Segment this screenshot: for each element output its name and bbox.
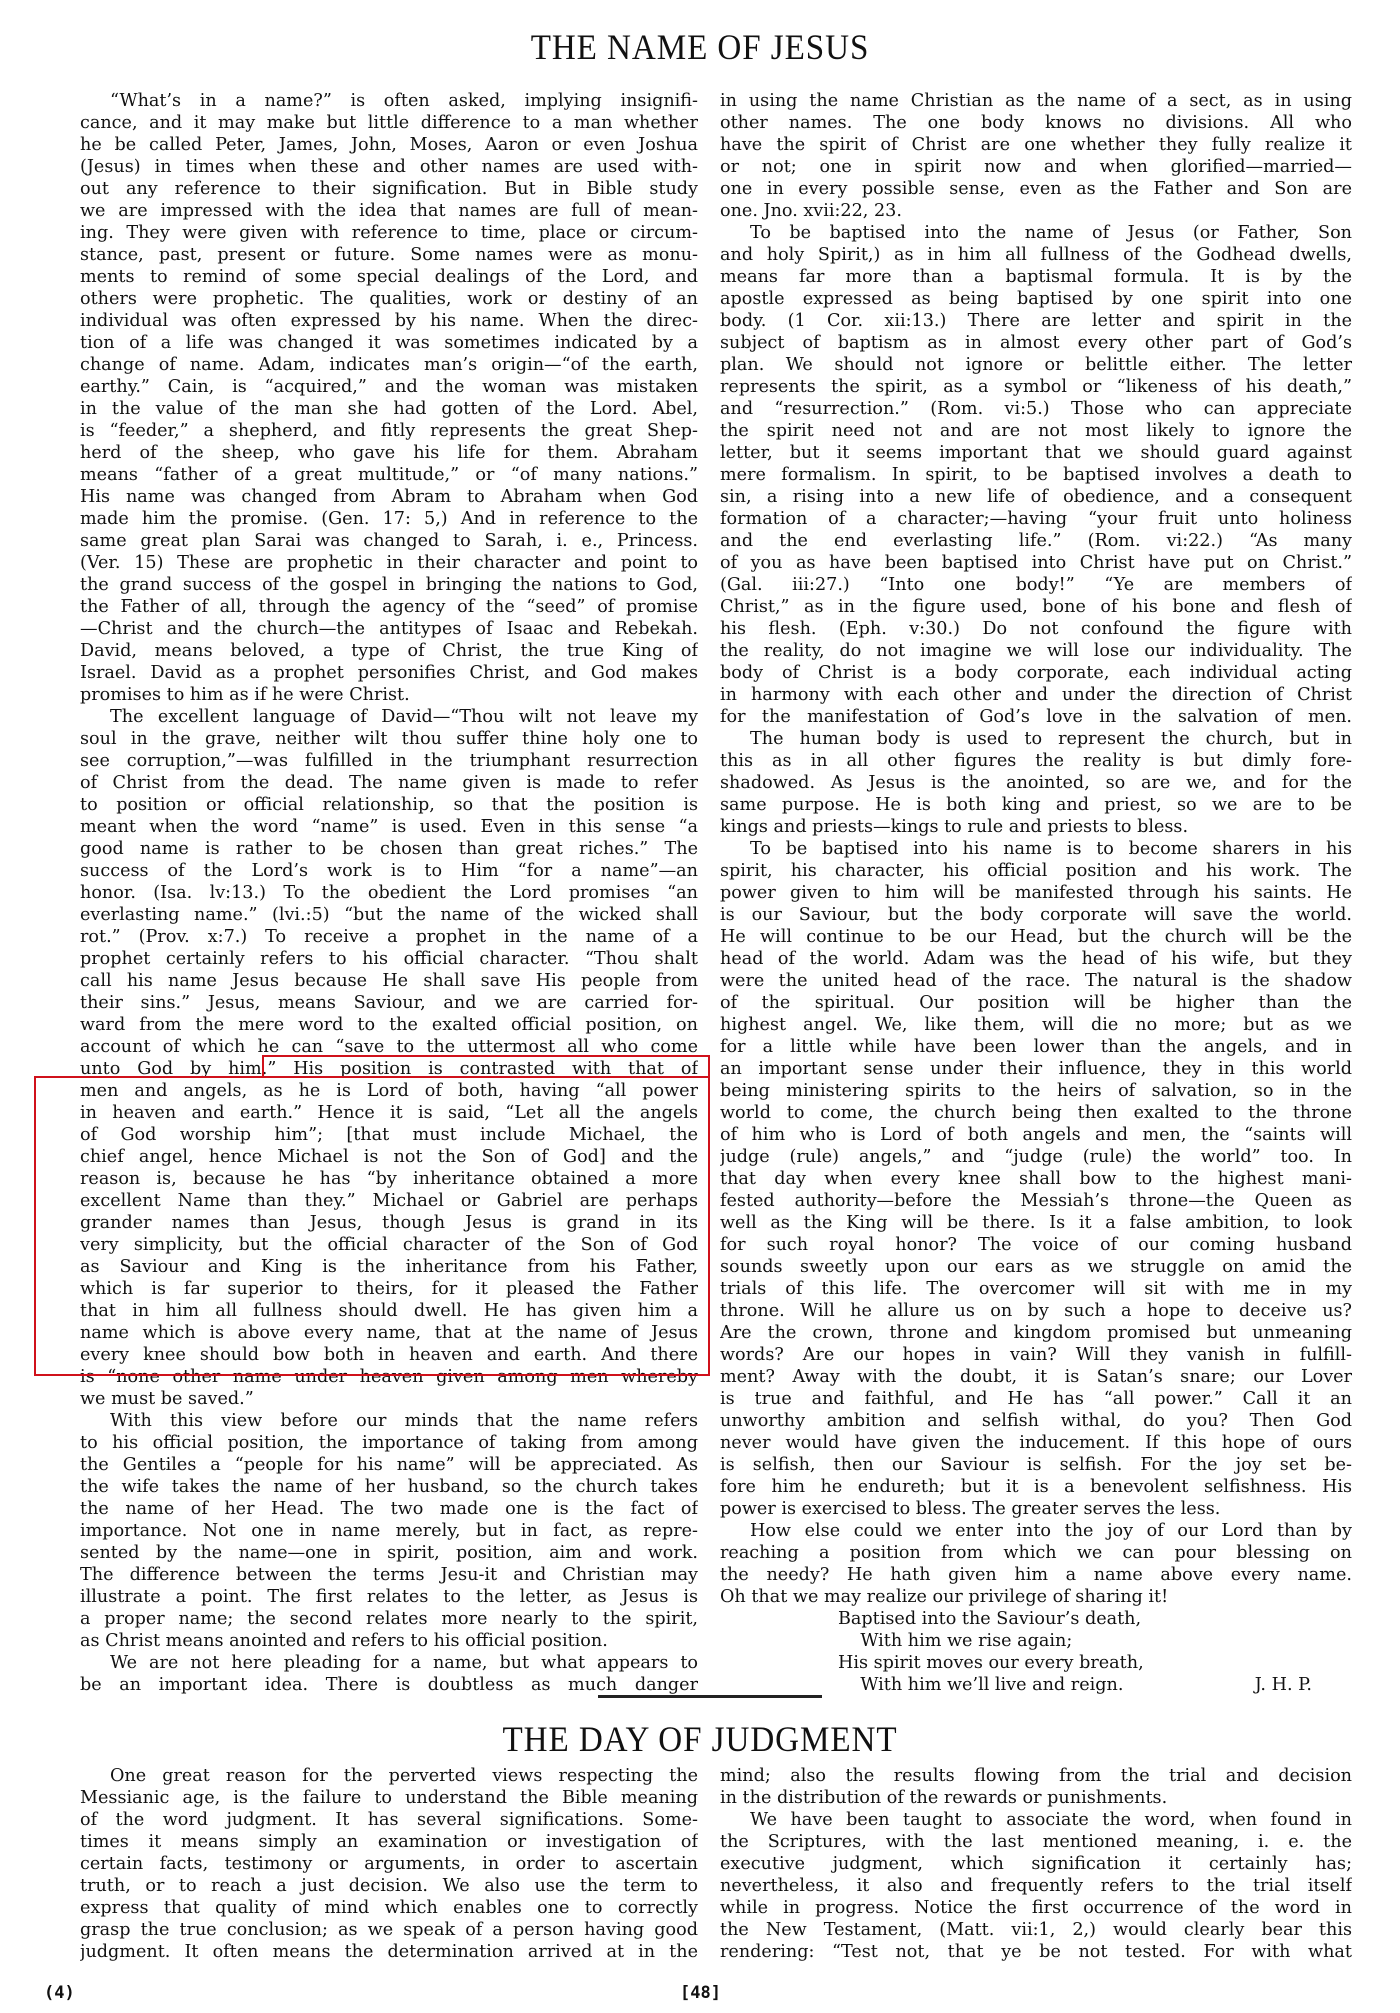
text-line: the Father of all, through the agency of… (80, 596, 698, 618)
text-line: is true and faithful, and He has “all po… (720, 1388, 1352, 1410)
text-line: power given to him will be manifested th… (720, 882, 1352, 904)
text-line: judge (rule) angels,” and “judge (rule) … (720, 1146, 1352, 1168)
text-line: He will continue to be our Head, but the… (720, 926, 1352, 948)
text-line: We have been taught to associate the wor… (720, 1809, 1352, 1831)
text-line: as Christ means anointed and refers to h… (80, 1630, 698, 1652)
text-line: which is far superior to theirs, for it … (80, 1278, 698, 1300)
text-line: in heaven and earth.” Hence it is said, … (80, 1102, 698, 1124)
text-line: we are impressed with the idea that name… (80, 200, 698, 222)
text-line: (Gal. iii:27.) “Into one body!” “Ye are … (720, 574, 1352, 596)
text-line: represents the spirit, as a symbol or “l… (720, 376, 1352, 398)
text-line: The excellent language of David—“Thou wi… (80, 706, 698, 728)
text-line: (Ver. 15) These are prophetic in their c… (80, 552, 698, 574)
text-line: meant when the word “name” is used. Even… (80, 816, 698, 838)
poem-line: With him we rise again; (838, 1630, 1352, 1652)
text-line: ing. They were given with reference to t… (80, 222, 698, 244)
text-line: words? Are our hopes in vain? Will they … (720, 1344, 1352, 1366)
text-line: prophet certainly refers to his official… (80, 948, 698, 970)
text-line: tion of a life was changed it was someti… (80, 332, 698, 354)
text-line: —Christ and the church—the antitypes of … (80, 618, 698, 640)
document-page: THE NAME OF JESUS “What’s in a name?” is… (0, 0, 1400, 2013)
article1-right-column: in using the name Christian as the name … (720, 90, 1352, 1696)
text-line: of Christ from the dead. The name given … (80, 772, 698, 794)
text-line: made him the promise. (Gen. 17: 5,) And … (80, 508, 698, 530)
text-line: for such royal honor? The voice of our c… (720, 1234, 1352, 1256)
text-line: the Gentiles a “people for his name” wil… (80, 1454, 698, 1476)
footer-marker: (4) (44, 1983, 75, 2003)
text-line: herd of the sheep, who gave his life for… (80, 442, 698, 464)
text-line: individual was often expressed by his na… (80, 310, 698, 332)
text-line: for the manifestation of God’s love in t… (720, 706, 1352, 728)
author-signature: J. H. P. (1255, 1674, 1312, 1696)
text-line: of you as have been baptised into Christ… (720, 552, 1352, 574)
text-line: the name of her Head. The two made one i… (80, 1498, 698, 1520)
text-line: honor. (Isa. lv:13.) To the obedient the… (80, 882, 698, 904)
text-line: the grand success of the gospel in bring… (80, 574, 698, 596)
text-line: never would have given the inducement. I… (720, 1432, 1352, 1454)
poem: Baptised into the Saviour’s death, With … (720, 1608, 1352, 1696)
text-line: he be called Peter, James, John, Moses, … (80, 134, 698, 156)
text-line: very simplicity, but the official charac… (80, 1234, 698, 1256)
text-line: spirit, his character, his official posi… (720, 860, 1352, 882)
text-line: excellent Name than they.” Michael or Ga… (80, 1190, 698, 1212)
text-line: a proper name; the second relates more n… (80, 1608, 698, 1630)
text-line: success of the Lord’s work is to Him “fo… (80, 860, 698, 882)
text-line: head of the world. Adam was the head of … (720, 948, 1352, 970)
text-line: one in every possible sense, even as the… (720, 178, 1352, 200)
text-line: in using the name Christian as the name … (720, 90, 1352, 112)
text-line: in the value of the man she had gotten o… (80, 398, 698, 420)
text-line: mind; also the results flowing from the … (720, 1765, 1352, 1787)
text-line: promises to him as if he were Christ. (80, 684, 698, 706)
text-line: one. Jno. xvii:22, 23. (720, 200, 1352, 222)
text-line: plan. We should not ignore or belittle e… (720, 354, 1352, 376)
text-line: every knee should bow both in heaven and… (80, 1344, 698, 1366)
text-line: is our Saviour, but the body corporate w… (720, 904, 1352, 926)
poem-line: Baptised into the Saviour’s death, (838, 1608, 1352, 1630)
text-line: an important sense under their influence… (720, 1058, 1352, 1080)
text-line: Are the crown, throne and kingdom promis… (720, 1322, 1352, 1344)
article1-left-column: “What’s in a name?” is often asked, impl… (80, 90, 698, 1696)
text-line: of him who is Lord of both angels and me… (720, 1124, 1352, 1146)
text-line: certain facts, testimony or arguments, i… (80, 1853, 698, 1875)
text-line: for a little while have been lower than … (720, 1036, 1352, 1058)
text-line: sin, a rising into a new life of obedien… (720, 486, 1352, 508)
text-line: in harmony with each other and under the… (720, 684, 1352, 706)
text-line: we must be saved.” (80, 1388, 698, 1410)
text-line: his flesh. (Eph. v:30.) Do not confound … (720, 618, 1352, 640)
text-line: To be baptised into the name of Jesus (o… (720, 222, 1352, 244)
text-line: the Scriptures, with the last mentioned … (720, 1831, 1352, 1853)
text-line: executive judgment, which signification … (720, 1853, 1352, 1875)
text-line: express that quality of mind which enabl… (80, 1897, 698, 1919)
text-line: to his official position, the importance… (80, 1432, 698, 1454)
text-line: kings and priests—kings to rule and prie… (720, 816, 1352, 838)
text-line: others were prophetic. The qualities, wo… (80, 288, 698, 310)
text-line: that in him all fullness should dwell. H… (80, 1300, 698, 1322)
text-line: of God worship him”; [that must include … (80, 1124, 698, 1146)
text-line: or not; one in spirit now and when glori… (720, 156, 1352, 178)
text-line: unworthy ambition and selfish withal, do… (720, 1410, 1352, 1432)
poem-line: His spirit moves our every breath, (838, 1652, 1352, 1674)
text-line: rot.” (Prov. x:7.) To receive a prophet … (80, 926, 698, 948)
text-line: and “resurrection.” (Rom. vi:5.) Those w… (720, 398, 1352, 420)
text-line: their sins.” Jesus, means Saviour, and w… (80, 992, 698, 1014)
text-line: judgment. It often means the determinati… (80, 1941, 698, 1963)
text-line: men and angels, as he is Lord of both, h… (80, 1080, 698, 1102)
text-line: see corruption,”—was fulfilled in the tr… (80, 750, 698, 772)
text-line: One great reason for the perverted views… (80, 1765, 698, 1787)
article-title: THE NAME OF JESUS (56, 26, 1344, 68)
text-line: truth, or to reach a just decision. We a… (80, 1875, 698, 1897)
text-line: this as in all other figures the reality… (720, 750, 1352, 772)
text-line: well as the King will be there. Is it a … (720, 1212, 1352, 1234)
text-line: in the distribution of the rewards or pu… (720, 1787, 1352, 1809)
text-line: to position or official relationship, so… (80, 794, 698, 816)
text-line: times it means simply an examination or … (80, 1831, 698, 1853)
text-line: ment? Away with the doubt, it is Satan’s… (720, 1366, 1352, 1388)
text-line: while in progress. Notice the first occu… (720, 1897, 1352, 1919)
text-line: call his name Jesus because He shall sav… (80, 970, 698, 992)
text-line: reason is, because he has “by inheritanc… (80, 1168, 698, 1190)
text-line: (Jesus) in times when these and other na… (80, 156, 698, 178)
text-line: formation of a character;—having “your f… (720, 508, 1352, 530)
text-line: apostle expressed as being baptised by o… (720, 288, 1352, 310)
text-line: sounds sweetly upon our ears as we strug… (720, 1256, 1352, 1278)
text-line: “What’s in a name?” is often asked, impl… (80, 90, 698, 112)
text-line: being ministering spirits to the heirs o… (720, 1080, 1352, 1102)
text-line: name which is above every name, that at … (80, 1322, 698, 1344)
text-line: To be baptised into his name is to becom… (720, 838, 1352, 860)
text-line: of the spiritual. Our position will be h… (720, 992, 1352, 1014)
text-line: importance. Not one in name merely, but … (80, 1520, 698, 1542)
text-line: ward from the mere word to the exalted o… (80, 1014, 698, 1036)
text-line: chief angel, hence Michael is not the So… (80, 1146, 698, 1168)
text-line: The difference between the terms Jesu-it… (80, 1564, 698, 1586)
text-line: soul in the grave, neither wilt thou suf… (80, 728, 698, 750)
page-number: [48] (680, 1983, 721, 2003)
text-line: have the spirit of Christ are one whethe… (720, 134, 1352, 156)
text-line: as Saviour and King is the inheritance f… (80, 1256, 698, 1278)
text-line: mere formalism. In spirit, to be baptise… (720, 464, 1352, 486)
text-line: How else could we enter into the joy of … (720, 1520, 1352, 1542)
text-line: same great plan Sarai was changed to Sar… (80, 530, 698, 552)
text-line: Oh that we may realize our privilege of … (720, 1586, 1352, 1608)
text-line: nevertheless, it also and frequently ref… (720, 1875, 1352, 1897)
text-line: body. (1 Cor. xii:13.) There are letter … (720, 310, 1352, 332)
text-line: the New Testament, (Matt. vii:1, 2,) wou… (720, 1919, 1352, 1941)
text-line: illustrate a point. The first relates to… (80, 1586, 698, 1608)
text-line: Messianic age, is the failure to underst… (80, 1787, 698, 1809)
text-line: With this view before our minds that the… (80, 1410, 698, 1432)
text-line: and the end everlasting life.” (Rom. vi:… (720, 530, 1352, 552)
text-line: change of name. Adam, indicates man’s or… (80, 354, 698, 376)
text-line: body of Christ is a body corporate, each… (720, 662, 1352, 684)
text-line: everlasting name.” (lvi.:5) “but the nam… (80, 904, 698, 926)
text-line: is “feeder,” a shepherd, and fitly repre… (80, 420, 698, 442)
text-line: stance, past, present or future. Some na… (80, 244, 698, 266)
text-line: the wife takes the name of her husband, … (80, 1476, 698, 1498)
text-line: means far more than a baptismal formula.… (720, 266, 1352, 288)
text-line: Israel. David as a prophet personifies C… (80, 662, 698, 684)
section-divider (598, 1695, 822, 1698)
text-line: means “father of a great multitude,” or … (80, 464, 698, 486)
text-line: His name was changed from Abram to Abrah… (80, 486, 698, 508)
text-line: grander names than Jesus, though Jesus i… (80, 1212, 698, 1234)
text-line: out any reference to their signification… (80, 178, 698, 200)
text-line: be an important idea. There is doubtless… (80, 1674, 698, 1696)
text-line: is “none other name under heaven given a… (80, 1366, 698, 1388)
text-line: David, means beloved, a type of Christ, … (80, 640, 698, 662)
text-line: that day when every knee shall bow to th… (720, 1168, 1352, 1190)
text-line: rendering: “Test not, that ye be not tes… (720, 1941, 1352, 1963)
text-line: subject of baptism as in almost every ot… (720, 332, 1352, 354)
text-line: sented by the name—one in spirit, positi… (80, 1542, 698, 1564)
text-line: shadowed. As Jesus is the anointed, so a… (720, 772, 1352, 794)
text-line: good name is rather to be chosen than gr… (80, 838, 698, 860)
text-line: world to come, the church being then exa… (720, 1102, 1352, 1124)
text-line: trials of this life. The overcomer will … (720, 1278, 1352, 1300)
text-line: The human body is used to represent the … (720, 728, 1352, 750)
text-line: of the word judgment. It has several sig… (80, 1809, 698, 1831)
text-line: ments to remind of some special dealings… (80, 266, 698, 288)
article2-right-column: mind; also the results flowing from the … (720, 1765, 1352, 1963)
text-line: Christ,” as in the figure used, bone of … (720, 596, 1352, 618)
text-line: reaching a position from which we can po… (720, 1542, 1352, 1564)
text-line: the needy? He hath given him a name abov… (720, 1564, 1352, 1586)
text-line: other names. The one body knows no divis… (720, 112, 1352, 134)
text-line: We are not here pleading for a name, but… (80, 1652, 698, 1674)
text-line: same purpose. He is both king and priest… (720, 794, 1352, 816)
text-line: power is exercised to bless. The greater… (720, 1498, 1352, 1520)
text-line: highest angel. We, like them, will die n… (720, 1014, 1352, 1036)
text-line: earthy.” Cain, is “acquired,” and the wo… (80, 376, 698, 398)
text-line: throne. Will he allure us on by such a h… (720, 1300, 1352, 1322)
text-line: fested authority—before the Messiah’s th… (720, 1190, 1352, 1212)
text-line: were the united head of the race. The na… (720, 970, 1352, 992)
article2-left-column: One great reason for the perverted views… (80, 1765, 698, 1963)
text-line: the reality, do not imagine we will lose… (720, 640, 1352, 662)
text-line: fore him he endureth; but it is a benevo… (720, 1476, 1352, 1498)
text-line: and holy Spirit,) as in him all fullness… (720, 244, 1352, 266)
text-line: cance, and it may make but little differ… (80, 112, 698, 134)
text-line: unto God by him.” His position is contra… (80, 1058, 698, 1080)
article-title: THE DAY OF JUDGMENT (56, 1718, 1344, 1760)
text-line: account of which he can “save to the utt… (80, 1036, 698, 1058)
text-line: is selfish, then our Saviour is selfish.… (720, 1454, 1352, 1476)
text-line: letter, but it seems important that we s… (720, 442, 1352, 464)
text-line: the spirit need not and are not most lik… (720, 420, 1352, 442)
text-line: grasp the true conclusion; as we speak o… (80, 1919, 698, 1941)
